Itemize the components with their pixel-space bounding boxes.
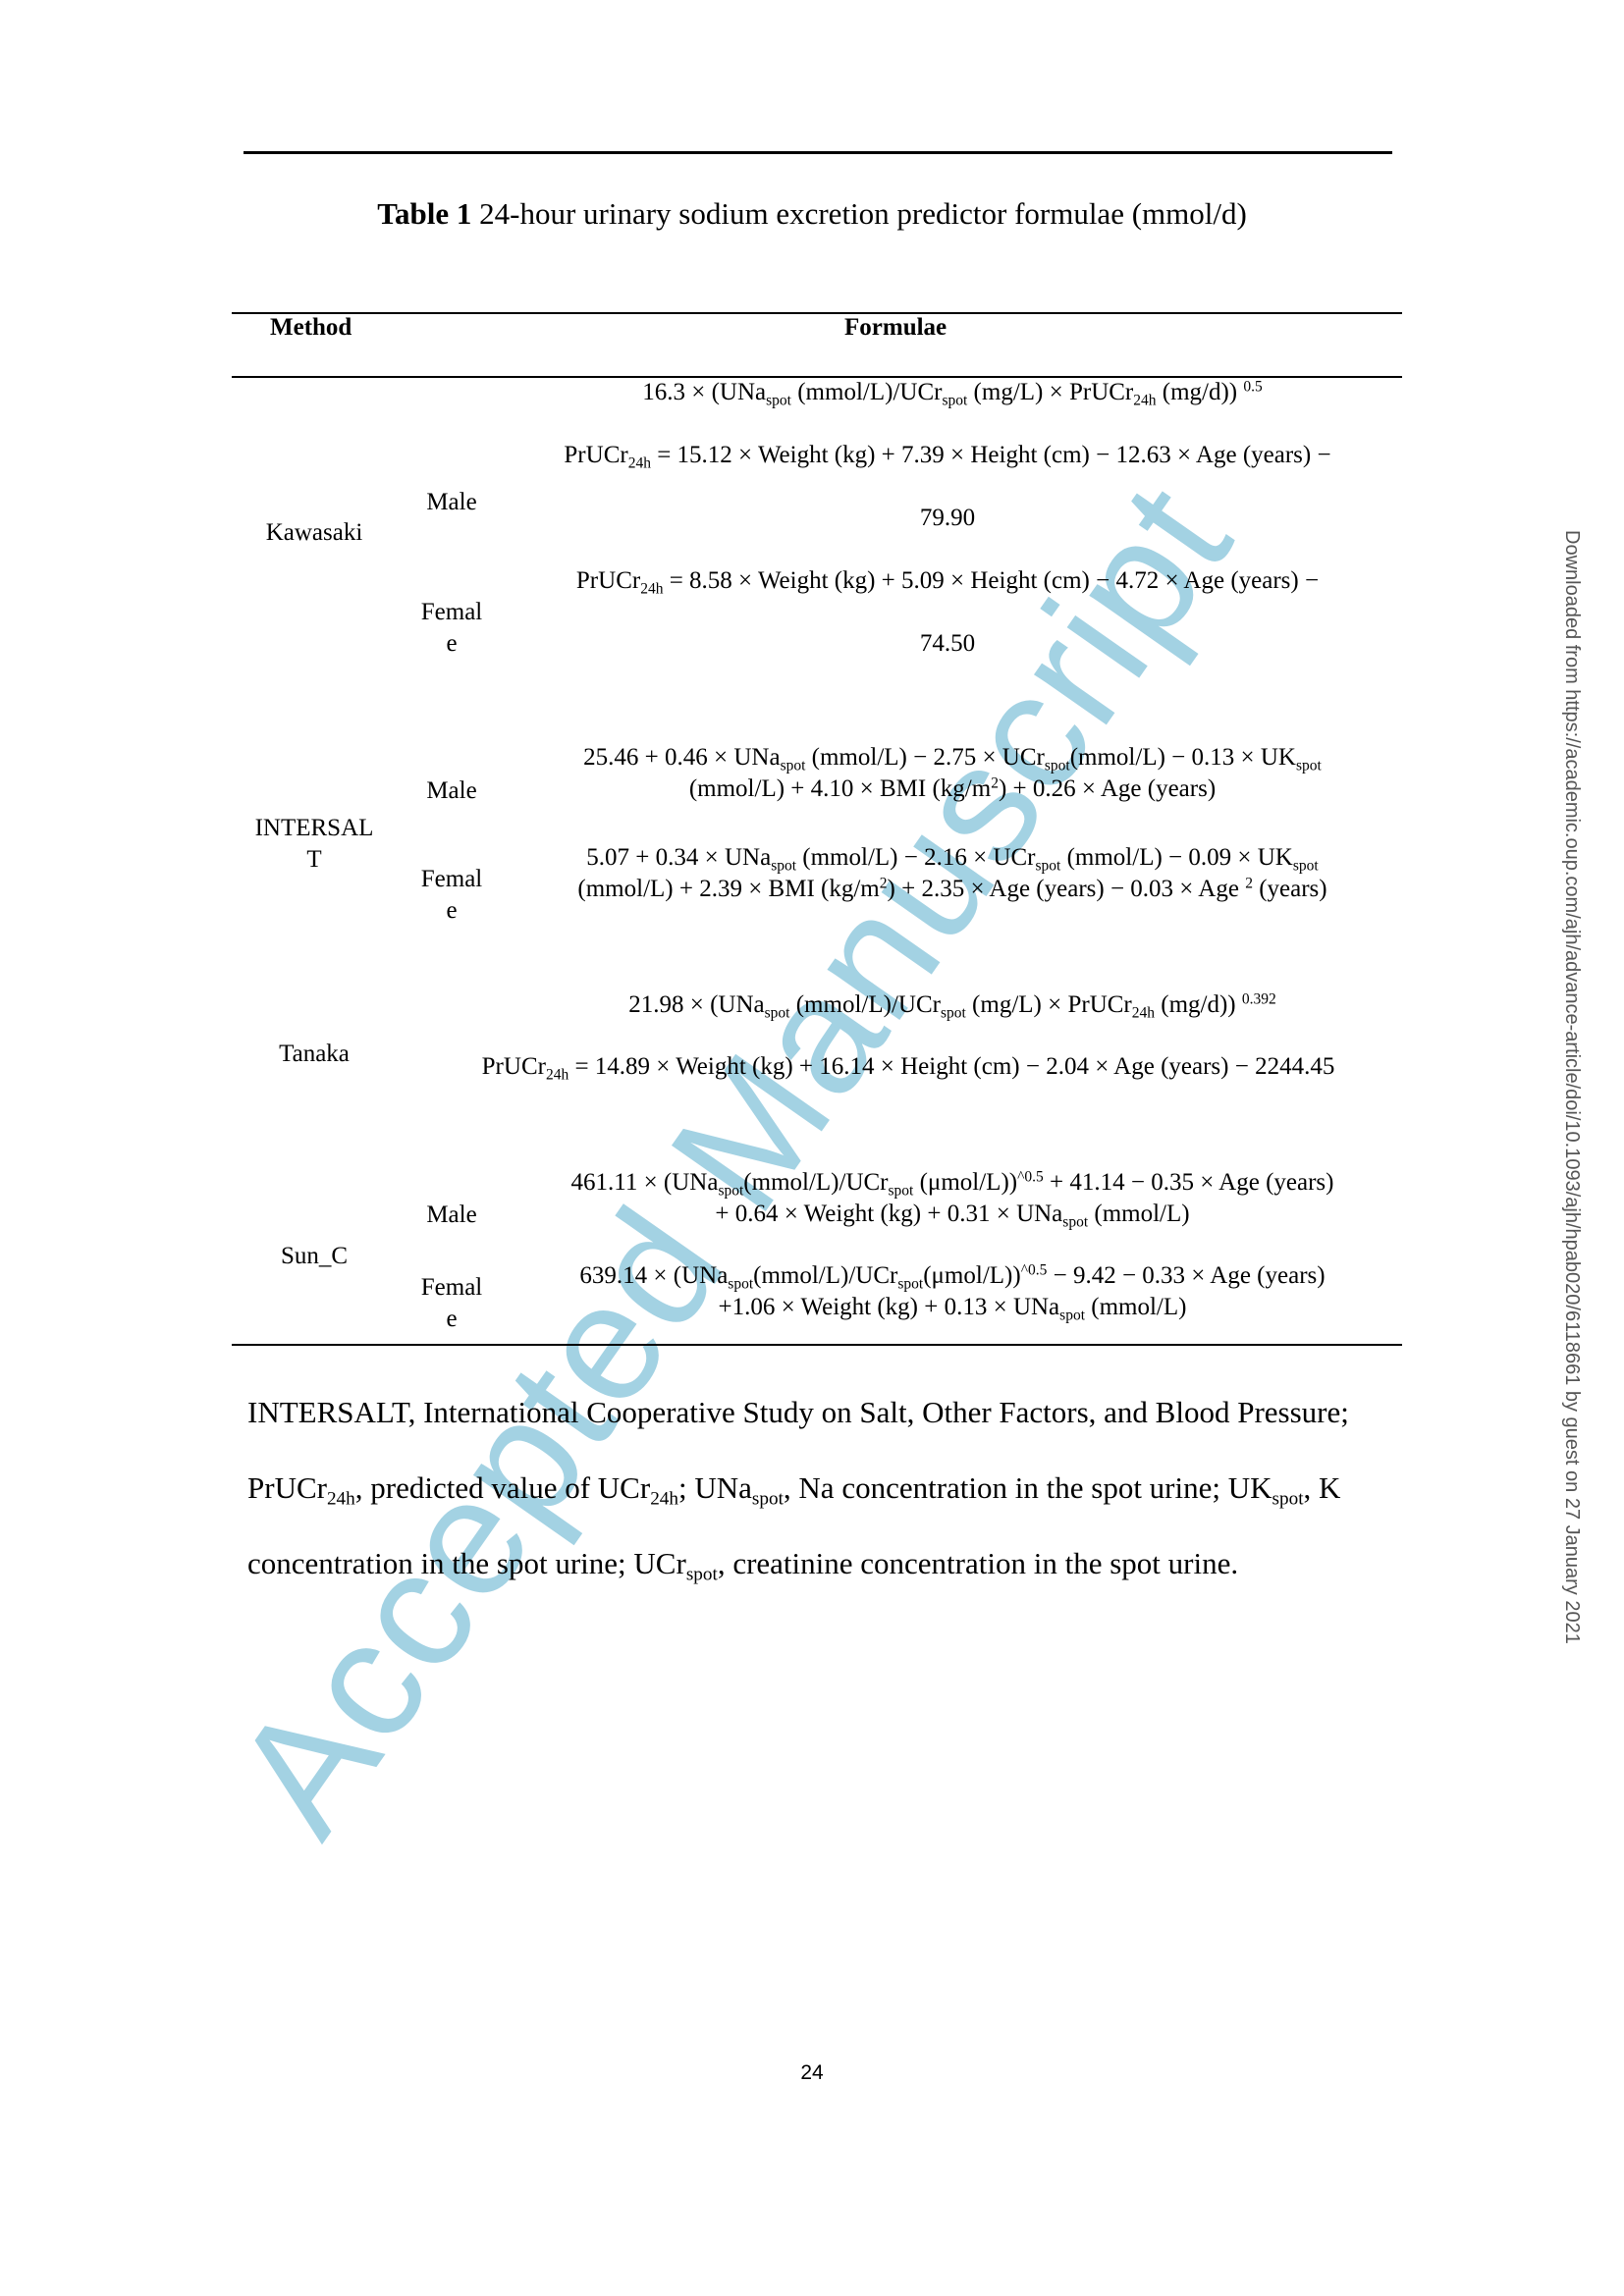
sex-female-line1: Femal <box>407 1272 496 1304</box>
formula-sun-female: 639.14 × (UNaspot(mmol/L)/UCrspot(μmol/L… <box>511 1260 1394 1323</box>
download-note: Downloaded from https://academic.oup.com… <box>1560 530 1583 1644</box>
table-caption: Table 1 24-hour urinary sodium excretion… <box>0 196 1624 232</box>
table-bottom-rule <box>232 1344 1402 1346</box>
method-tanaka: Tanaka <box>236 1039 393 1070</box>
header-formulae: Formulae <box>844 314 947 342</box>
sex-female: Femal e <box>407 1272 496 1335</box>
table-label: Table 1 <box>377 196 471 231</box>
formula-line: (mmol/L) + 2.39 × BMI (kg/m2) + 2.35 × A… <box>511 874 1394 905</box>
table-title: 24-hour urinary sodium excretion predict… <box>471 196 1246 231</box>
formula-kawasaki-male-cont: 79.90 <box>496 503 1399 534</box>
method-kawasaki: Kawasaki <box>236 517 393 549</box>
table-top-rule <box>232 312 1402 314</box>
formula-intersalt-female: 5.07 + 0.34 × UNaspot (mmol/L) − 2.16 × … <box>511 842 1394 905</box>
formula-sun-male: 461.11 × (UNaspot(mmol/L)/UCrspot (μmol/… <box>511 1167 1394 1230</box>
header-method: Method <box>270 314 352 342</box>
formula-kawasaki-main: 16.3 × (UNaspot (mmol/L)/UCrspot (mg/L) … <box>511 377 1394 408</box>
sex-male: Male <box>407 775 496 807</box>
method-sun-c: Sun_C <box>236 1241 393 1272</box>
page-number: 24 <box>0 2061 1624 2085</box>
method-intersalt-line1: INTERSAL <box>236 813 393 844</box>
watermark: Accepted Manuscript <box>196 451 1270 1868</box>
formula-line: 5.07 + 0.34 × UNaspot (mmol/L) − 2.16 × … <box>511 842 1394 874</box>
formula-tanaka-pr: PrUCr24h = 14.89 × Weight (kg) + 16.14 ×… <box>412 1051 1404 1083</box>
sex-female-line2: e <box>407 628 496 660</box>
method-intersalt-line2: T <box>236 844 393 876</box>
sex-female-line1: Femal <box>407 864 496 895</box>
formula-line: + 0.64 × Weight (kg) + 0.31 × UNaspot (m… <box>511 1199 1394 1230</box>
formula-intersalt-male: 25.46 + 0.46 × UNaspot (mmol/L) − 2.75 ×… <box>511 742 1394 805</box>
formula-kawasaki-female-cont: 74.50 <box>496 628 1399 660</box>
formula-kawasaki-female: PrUCr24h = 8.58 × Weight (kg) + 5.09 × H… <box>496 565 1399 597</box>
formula-line: +1.06 × Weight (kg) + 0.13 × UNaspot (mm… <box>511 1292 1394 1323</box>
sex-male: Male <box>407 1200 496 1231</box>
formula-tanaka-main: 21.98 × (UNaspot (mmol/L)/UCrspot (mg/L)… <box>511 989 1394 1021</box>
formula-line: (mmol/L) + 4.10 × BMI (kg/m2) + 0.26 × A… <box>511 774 1394 805</box>
table-footnote: INTERSALT, International Cooperative Stu… <box>247 1374 1406 1601</box>
formula-line: 25.46 + 0.46 × UNaspot (mmol/L) − 2.75 ×… <box>511 742 1394 774</box>
method-intersalt: INTERSAL T <box>236 813 393 876</box>
sex-female-line1: Femal <box>407 597 496 628</box>
formula-kawasaki-male: PrUCr24h = 15.12 × Weight (kg) + 7.39 × … <box>496 440 1399 471</box>
sex-male: Male <box>407 487 496 518</box>
formula-line: 639.14 × (UNaspot(mmol/L)/UCrspot(μmol/L… <box>511 1260 1394 1292</box>
sex-female: Femal e <box>407 597 496 660</box>
formula-line: 461.11 × (UNaspot(mmol/L)/UCrspot (μmol/… <box>511 1167 1394 1199</box>
sex-female-line2: e <box>407 895 496 927</box>
sex-female-line2: e <box>407 1304 496 1335</box>
sex-female: Femal e <box>407 864 496 927</box>
top-rule <box>244 151 1392 154</box>
